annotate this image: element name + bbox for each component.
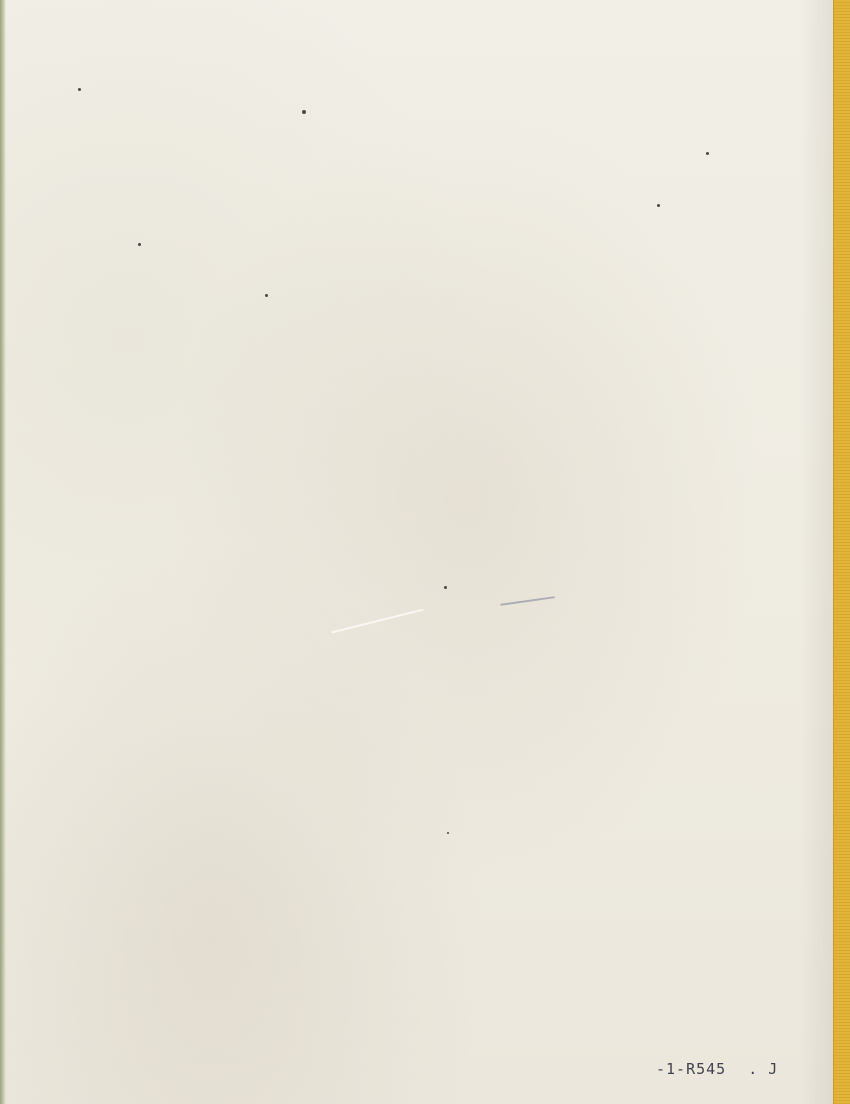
paper-speck: [657, 204, 660, 207]
stamp-mark: . J: [748, 1060, 778, 1078]
catalog-stamp: -1-R545. J: [656, 1060, 778, 1078]
ink-scuff: [500, 596, 555, 606]
left-page-edge: [0, 0, 6, 1104]
back-cover-page: -1-R545. J: [0, 0, 850, 1104]
paper-speck: [444, 586, 447, 589]
binding-shadow: [800, 0, 834, 1104]
paper-speck: [138, 243, 141, 246]
paper-speck: [265, 294, 268, 297]
paper-crease: [331, 609, 424, 634]
paper-speck: [302, 110, 306, 114]
paper-speck: [78, 88, 81, 91]
yellow-spine-binding: [833, 0, 850, 1104]
paper-speck: [706, 152, 709, 155]
paper-speck: [447, 832, 449, 834]
stamp-code: -1-R545: [656, 1060, 726, 1078]
